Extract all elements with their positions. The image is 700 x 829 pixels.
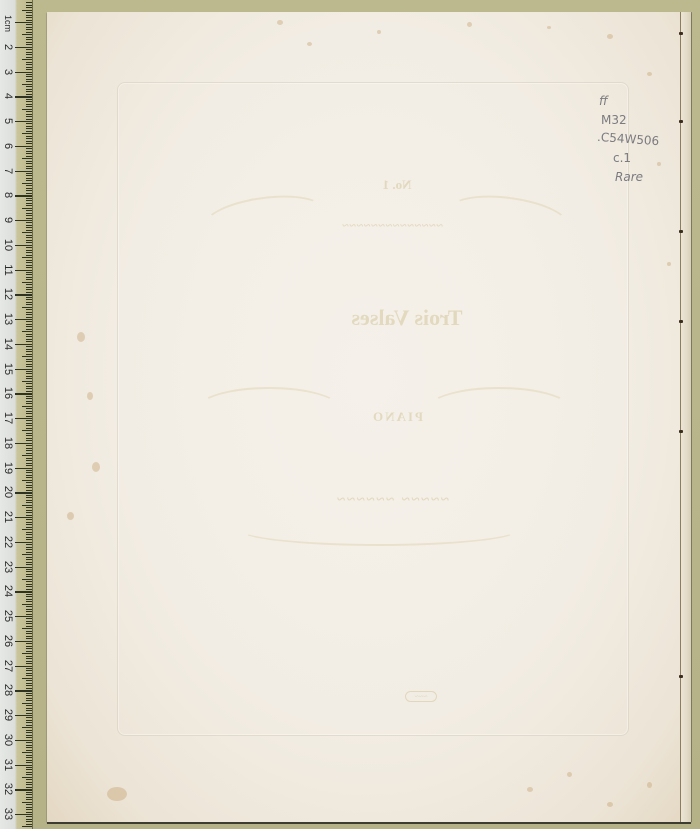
ruler-tick bbox=[26, 804, 32, 805]
ruler-tick bbox=[26, 346, 32, 347]
ruler-tick bbox=[26, 76, 32, 77]
ruler-tick bbox=[26, 148, 32, 149]
ruler-tick bbox=[26, 151, 32, 152]
ruler-tick bbox=[22, 579, 32, 580]
ruler-label: 28 bbox=[1, 683, 15, 697]
ruler-label: 27 bbox=[1, 659, 15, 673]
ruler-tick bbox=[26, 279, 32, 280]
ruler-label: 15 bbox=[1, 362, 15, 376]
ruler-tick bbox=[26, 391, 32, 392]
ruler-tick bbox=[26, 438, 32, 439]
ruler-tick bbox=[26, 62, 32, 63]
ruler-tick bbox=[22, 307, 32, 308]
ruler-tick bbox=[15, 591, 32, 592]
ruler-tick bbox=[26, 623, 32, 624]
ruler-tick bbox=[26, 15, 32, 16]
ruler-tick bbox=[26, 710, 32, 711]
ruler-tick bbox=[15, 195, 32, 196]
ruler-tick bbox=[26, 450, 32, 451]
ruler-tick bbox=[22, 678, 32, 679]
ruler-label: 10 bbox=[1, 238, 15, 252]
ruler-tick bbox=[26, 445, 32, 446]
ruler-tick bbox=[26, 799, 32, 800]
ruler-tick bbox=[26, 383, 32, 384]
ruler-tick bbox=[26, 203, 32, 204]
ruler-tick bbox=[22, 10, 32, 11]
ruler-tick bbox=[26, 302, 32, 303]
show-through-price-mark: ~~~ bbox=[405, 691, 437, 702]
ruler-tick bbox=[22, 777, 32, 778]
ruler-tick bbox=[26, 735, 32, 736]
ruler-tick bbox=[26, 705, 32, 706]
ruler-tick bbox=[15, 492, 32, 493]
call-number-line: M32 bbox=[601, 111, 659, 130]
foxing-spot bbox=[107, 787, 127, 801]
ruler-tick bbox=[26, 747, 32, 748]
ruler-tick bbox=[15, 616, 32, 617]
ruler-label: 22 bbox=[1, 535, 15, 549]
ruler-tick bbox=[26, 408, 32, 409]
ruler-tick bbox=[26, 99, 32, 100]
ruler-tick bbox=[26, 661, 32, 662]
ruler-tick bbox=[26, 569, 32, 570]
ruler-tick bbox=[26, 42, 32, 43]
binding-spine-edge bbox=[680, 12, 691, 822]
ruler-tick bbox=[26, 453, 32, 454]
ruler-tick bbox=[22, 257, 32, 258]
ruler-tick bbox=[26, 519, 32, 520]
ruler-tick bbox=[26, 44, 32, 45]
ruler-tick bbox=[26, 166, 32, 167]
ruler-tick bbox=[26, 359, 32, 360]
ruler-label: 7 bbox=[1, 164, 15, 178]
ruler-tick bbox=[26, 396, 32, 397]
ruler-tick bbox=[26, 668, 32, 669]
ruler-tick bbox=[22, 59, 32, 60]
ruler-tick bbox=[26, 507, 32, 508]
ruler-label: 26 bbox=[1, 634, 15, 648]
ruler-tick bbox=[26, 433, 32, 434]
ruler-tick bbox=[26, 173, 32, 174]
ruler-tick bbox=[22, 480, 32, 481]
ruler-tick bbox=[26, 81, 32, 82]
foxing-spot bbox=[647, 782, 652, 788]
ruler-tick bbox=[26, 235, 32, 236]
ruler-tick bbox=[26, 651, 32, 652]
foxing-spot bbox=[547, 26, 551, 29]
foxing-spot bbox=[307, 42, 312, 46]
stitch-hole bbox=[679, 32, 683, 35]
ruler-tick bbox=[26, 128, 32, 129]
ruler-tick bbox=[26, 351, 32, 352]
ruler-edge bbox=[32, 0, 33, 829]
ruler-tick bbox=[26, 698, 32, 699]
ruler-tick bbox=[26, 67, 32, 68]
ruler-tick bbox=[26, 361, 32, 362]
ruler-label: 18 bbox=[1, 436, 15, 450]
ruler-tick bbox=[26, 284, 32, 285]
ruler-tick bbox=[22, 628, 32, 629]
ruler-tick bbox=[26, 656, 32, 657]
ruler-tick bbox=[22, 554, 32, 555]
foxing-spot bbox=[87, 392, 93, 400]
ruler-tick bbox=[15, 22, 32, 23]
ruler-tick bbox=[26, 324, 32, 325]
ruler-tick bbox=[15, 294, 32, 295]
call-number-line: c.1 bbox=[613, 149, 659, 168]
ruler-tick bbox=[22, 381, 32, 382]
ruler-tick bbox=[22, 109, 32, 110]
ruler-tick bbox=[26, 633, 32, 634]
ruler-tick bbox=[26, 497, 32, 498]
ruler-label: 1cm bbox=[1, 15, 15, 29]
ruler-tick bbox=[26, 495, 32, 496]
ruler-tick bbox=[26, 388, 32, 389]
ruler-tick bbox=[26, 104, 32, 105]
ruler-tick bbox=[26, 599, 32, 600]
ruler-tick bbox=[26, 237, 32, 238]
ruler-tick bbox=[26, 190, 32, 191]
foxing-spot bbox=[467, 22, 472, 27]
flourish-ornament bbox=[237, 512, 521, 546]
ruler-tick bbox=[26, 618, 32, 619]
foxing-spot bbox=[567, 772, 572, 777]
measuring-ruler: 1cm2345678910111213141516171819202122232… bbox=[0, 0, 33, 829]
ruler-tick bbox=[15, 468, 32, 469]
ruler-tick bbox=[15, 369, 32, 370]
ruler-label: 12 bbox=[1, 287, 15, 301]
ruler-tick bbox=[26, 515, 32, 516]
ruler-tick bbox=[26, 594, 32, 595]
ruler-tick bbox=[26, 680, 32, 681]
ruler-tick bbox=[26, 309, 32, 310]
ruler-tick bbox=[26, 262, 32, 263]
ruler-tick bbox=[26, 57, 32, 58]
ruler-tick bbox=[26, 317, 32, 318]
document-page: No. 1 ~~~~~~~~~~~~~~ Trois Valses PIANO … bbox=[47, 12, 691, 822]
ruler-tick bbox=[26, 200, 32, 201]
call-number-line: ff bbox=[599, 92, 659, 111]
ruler-tick bbox=[22, 430, 32, 431]
ruler-tick bbox=[26, 12, 32, 13]
ruler-tick bbox=[26, 626, 32, 627]
ruler-tick bbox=[26, 54, 32, 55]
ruler-tick bbox=[22, 653, 32, 654]
ruler-tick bbox=[26, 720, 32, 721]
ruler-tick bbox=[26, 477, 32, 478]
ruler-tick bbox=[22, 826, 32, 827]
ruler-tick bbox=[22, 232, 32, 233]
ruler-tick bbox=[26, 797, 32, 798]
ruler-tick bbox=[15, 319, 32, 320]
ruler-tick bbox=[26, 463, 32, 464]
ruler-tick bbox=[26, 297, 32, 298]
ruler-tick bbox=[15, 146, 32, 147]
ruler-tick bbox=[15, 542, 32, 543]
ruler-tick bbox=[26, 816, 32, 817]
ruler-tick bbox=[15, 344, 32, 345]
ruler-tick bbox=[26, 138, 32, 139]
ruler-label: 19 bbox=[1, 461, 15, 475]
ruler-tick bbox=[26, 574, 32, 575]
ruler-tick bbox=[15, 245, 32, 246]
ruler-tick bbox=[26, 94, 32, 95]
ruler-tick bbox=[26, 334, 32, 335]
ruler-tick bbox=[26, 86, 32, 87]
ruler-tick bbox=[26, 354, 32, 355]
ruler-tick bbox=[26, 304, 32, 305]
ruler-tick bbox=[26, 544, 32, 545]
ruler-tick bbox=[26, 49, 32, 50]
ruler-label: 23 bbox=[1, 560, 15, 574]
show-through-instrument: PIANO bbox=[347, 409, 447, 425]
foxing-spot bbox=[77, 332, 85, 342]
ruler-tick bbox=[26, 742, 32, 743]
ruler-tick bbox=[26, 658, 32, 659]
ruler-tick bbox=[26, 537, 32, 538]
ruler-tick bbox=[26, 472, 32, 473]
ruler-tick bbox=[22, 802, 32, 803]
ruler-tick bbox=[26, 292, 32, 293]
ruler-tick bbox=[26, 364, 32, 365]
ruler-tick bbox=[26, 500, 32, 501]
ruler-tick bbox=[22, 356, 32, 357]
ruler-tick bbox=[26, 252, 32, 253]
ruler-tick bbox=[26, 79, 32, 80]
ruler-tick bbox=[15, 393, 32, 394]
ruler-tick bbox=[26, 722, 32, 723]
ruler-tick bbox=[26, 646, 32, 647]
ruler-tick bbox=[26, 5, 32, 6]
ruler-tick bbox=[26, 180, 32, 181]
ruler-tick bbox=[26, 524, 32, 525]
ruler-tick bbox=[26, 819, 32, 820]
ruler-tick bbox=[26, 32, 32, 33]
ruler-tick bbox=[26, 586, 32, 587]
ruler-tick bbox=[26, 448, 32, 449]
ruler-tick bbox=[26, 596, 32, 597]
ruler-tick bbox=[26, 188, 32, 189]
ruler-tick bbox=[26, 700, 32, 701]
ruler-tick bbox=[15, 641, 32, 642]
ruler-tick bbox=[26, 198, 32, 199]
stitch-hole bbox=[679, 320, 683, 323]
ruler-tick bbox=[26, 106, 32, 107]
show-through-number: No. 1 bbox=[347, 177, 447, 193]
ruler-tick bbox=[26, 824, 32, 825]
ruler-tick bbox=[26, 401, 32, 402]
ruler-tick bbox=[15, 715, 32, 716]
ruler-tick bbox=[26, 250, 32, 251]
foxing-spot bbox=[647, 72, 652, 76]
ruler-tick bbox=[26, 435, 32, 436]
ruler-tick bbox=[26, 774, 32, 775]
ruler-tick bbox=[15, 443, 32, 444]
ruler-tick bbox=[26, 688, 32, 689]
ruler-tick bbox=[26, 750, 32, 751]
ruler-tick bbox=[26, 584, 32, 585]
ruler-tick bbox=[15, 418, 32, 419]
ruler-tick bbox=[15, 96, 32, 97]
ruler-tick bbox=[26, 673, 32, 674]
ruler-tick bbox=[26, 693, 32, 694]
show-through-title: Trois Valses bbox=[307, 305, 507, 331]
ruler-tick bbox=[26, 643, 32, 644]
ruler-tick bbox=[26, 69, 32, 70]
ruler-label: 33 bbox=[1, 807, 15, 821]
stitch-hole bbox=[679, 430, 683, 433]
ruler-tick bbox=[26, 161, 32, 162]
ruler-tick bbox=[26, 185, 32, 186]
ruler-tick bbox=[26, 745, 32, 746]
ruler-tick bbox=[26, 272, 32, 273]
ruler-label: 32 bbox=[1, 782, 15, 796]
ruler-tick bbox=[26, 267, 32, 268]
ruler-tick bbox=[26, 215, 32, 216]
foxing-spot bbox=[92, 462, 100, 472]
ruler-tick bbox=[26, 116, 32, 117]
ruler-tick bbox=[26, 287, 32, 288]
ruler-label: 16 bbox=[1, 386, 15, 400]
ruler-tick bbox=[26, 576, 32, 577]
ruler-tick bbox=[26, 725, 32, 726]
ruler-label: 31 bbox=[1, 758, 15, 772]
ruler-tick bbox=[26, 663, 32, 664]
ruler-tick bbox=[26, 91, 32, 92]
ruler-tick bbox=[26, 755, 32, 756]
ruler-tick bbox=[26, 767, 32, 768]
ruler-tick bbox=[26, 809, 32, 810]
ruler-tick bbox=[22, 455, 32, 456]
ruler-tick bbox=[22, 183, 32, 184]
ruler-tick bbox=[26, 512, 32, 513]
ruler-tick bbox=[26, 760, 32, 761]
ruler-tick bbox=[26, 247, 32, 248]
ruler-tick bbox=[15, 740, 32, 741]
ruler-label: 6 bbox=[1, 139, 15, 153]
ruler-label: 5 bbox=[1, 114, 15, 128]
ruler-tick bbox=[26, 265, 32, 266]
ruler-tick bbox=[26, 163, 32, 164]
ruler-tick bbox=[26, 230, 32, 231]
ruler-tick bbox=[26, 685, 32, 686]
ruler-tick bbox=[26, 534, 32, 535]
flourish-ornament bbox=[427, 387, 571, 431]
ruler-tick bbox=[26, 2, 32, 3]
ruler-tick bbox=[26, 17, 32, 18]
ruler-tick bbox=[26, 762, 32, 763]
ruler-tick bbox=[26, 807, 32, 808]
ruler-tick bbox=[26, 225, 32, 226]
call-number-line: Rare bbox=[615, 168, 659, 187]
show-through-subtitle: ~~~~~~~~~~~~~~ bbox=[247, 218, 537, 233]
ruler-tick bbox=[26, 386, 32, 387]
foxing-spot bbox=[667, 262, 671, 266]
stitch-hole bbox=[679, 230, 683, 233]
ruler-tick bbox=[26, 487, 32, 488]
ruler-tick bbox=[26, 787, 32, 788]
ruler-tick bbox=[26, 123, 32, 124]
foxing-spot bbox=[527, 787, 533, 792]
ruler-tick bbox=[26, 611, 32, 612]
ruler-tick bbox=[26, 289, 32, 290]
ruler-tick bbox=[26, 730, 32, 731]
ruler-tick bbox=[26, 29, 32, 30]
ruler-tick bbox=[26, 675, 32, 676]
ruler-tick bbox=[26, 111, 32, 112]
ruler-tick bbox=[15, 666, 32, 667]
ruler-tick bbox=[26, 27, 32, 28]
ruler-tick bbox=[26, 638, 32, 639]
ruler-tick bbox=[26, 581, 32, 582]
ruler-tick bbox=[15, 121, 32, 122]
ruler-tick bbox=[15, 765, 32, 766]
ruler-tick bbox=[22, 208, 32, 209]
ruler-tick bbox=[26, 557, 32, 558]
ruler-tick bbox=[26, 314, 32, 315]
ruler-tick bbox=[26, 329, 32, 330]
ruler-tick bbox=[26, 460, 32, 461]
ruler-tick bbox=[26, 614, 32, 615]
ruler-tick bbox=[22, 406, 32, 407]
ruler-tick bbox=[15, 814, 32, 815]
ruler-tick bbox=[26, 621, 32, 622]
ruler-label: 3 bbox=[1, 65, 15, 79]
ruler-tick bbox=[26, 821, 32, 822]
ruler-tick bbox=[26, 141, 32, 142]
ruler-tick bbox=[26, 413, 32, 414]
ruler-tick bbox=[26, 695, 32, 696]
ruler-tick bbox=[26, 168, 32, 169]
ruler-tick bbox=[26, 277, 32, 278]
ruler-tick bbox=[26, 559, 32, 560]
ruler-tick bbox=[26, 119, 32, 120]
ruler-tick bbox=[26, 609, 32, 610]
ruler-tick bbox=[22, 331, 32, 332]
ruler-label: 25 bbox=[1, 609, 15, 623]
ruler-tick bbox=[26, 143, 32, 144]
ruler-tick bbox=[26, 601, 32, 602]
ruler-tick bbox=[26, 571, 32, 572]
ruler-tick bbox=[26, 532, 32, 533]
ruler-tick bbox=[26, 213, 32, 214]
foxing-spot bbox=[607, 802, 613, 807]
ruler-tick bbox=[26, 440, 32, 441]
ruler-tick bbox=[26, 539, 32, 540]
ruler-label: 11 bbox=[1, 263, 15, 277]
ruler-tick bbox=[26, 299, 32, 300]
call-number-line: .C54W506 bbox=[596, 128, 659, 151]
ruler-tick bbox=[26, 631, 32, 632]
ruler-tick bbox=[26, 458, 32, 459]
ruler-tick bbox=[26, 218, 32, 219]
foxing-spot bbox=[377, 30, 381, 34]
ruler-tick bbox=[15, 72, 32, 73]
ruler-tick bbox=[15, 270, 32, 271]
ruler-tick bbox=[15, 517, 32, 518]
foxing-spot bbox=[657, 162, 661, 166]
ruler-label: 20 bbox=[1, 485, 15, 499]
ruler-label: 9 bbox=[1, 213, 15, 227]
ruler-tick bbox=[22, 604, 32, 605]
ruler-tick bbox=[15, 220, 32, 221]
ruler-tick bbox=[26, 20, 32, 21]
ruler-tick bbox=[26, 210, 32, 211]
stitch-hole bbox=[679, 675, 683, 678]
foxing-spot bbox=[67, 512, 74, 520]
ruler-tick bbox=[26, 126, 32, 127]
ruler-tick bbox=[26, 222, 32, 223]
